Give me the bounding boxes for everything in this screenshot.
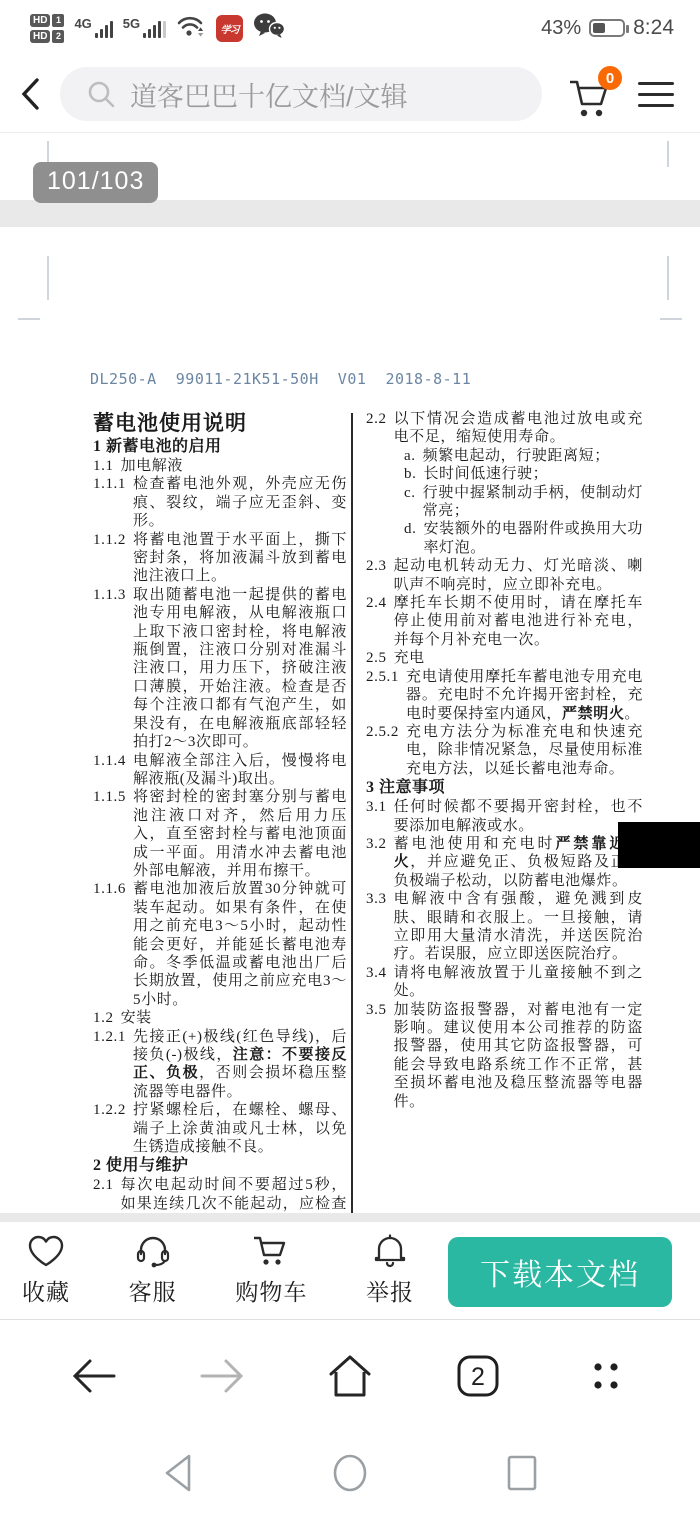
recents-square-icon — [504, 1452, 540, 1494]
headset-icon — [134, 1234, 172, 1268]
doc-section-heading: 3 注意事项 — [366, 778, 643, 798]
doc-item: 1.2.2拧紧螺栓后，在螺栓、螺母、端子上涂黄油或凡士林，以免生锈造成接触不良。 — [93, 1101, 347, 1156]
item-number: 3.4 — [366, 964, 387, 1001]
system-nav-bar — [0, 1430, 700, 1516]
browser-nav-bar: 2 — [0, 1321, 700, 1430]
item-number: 1.1 — [93, 457, 114, 475]
item-number: 3.5 — [366, 1001, 387, 1111]
doc-subitem: a.频繁电起动，行驶距离短； — [404, 447, 643, 465]
signal-5g-icon: 5G — [123, 18, 166, 38]
phone-screen: HD 1 HD 2 4G 5G — [0, 0, 700, 1516]
doc-item: 2.3起动电机转动无力、灯光暗淡、喇叭声不响亮时，应立即补充电。 — [366, 557, 643, 594]
doc-item: 1.2.1先接正(+)极线(红色导线)，后接负(-)极线，注意：不要接反正、负极… — [93, 1028, 347, 1102]
xuexi-app-icon: 学习 — [216, 15, 243, 42]
report-button[interactable]: 举报 — [366, 1234, 414, 1307]
doc-item: 2.5.2充电方法分为标准充电和快速充电，除非情况紧急，尽量使用标准充电方法，以… — [366, 723, 643, 778]
doc-item: 3.5加装防盗报警器，对蓄电池有一定影响。建议使用本公司推荐的防盗报警器，使用其… — [366, 1001, 643, 1111]
doc-item: 1.1.5将密封栓的密封塞分别与蓄电池注液口对齐，然后用力压入，直至密封栓与蓄电… — [93, 788, 347, 880]
signal-4g-icon: 4G — [74, 18, 112, 38]
system-home-button[interactable] — [320, 1443, 380, 1503]
doc-item: 1.1加电解液 — [93, 457, 347, 475]
cart-badge: 0 — [598, 66, 622, 90]
status-bar-right: 43% 8:24 — [541, 16, 674, 40]
search-input[interactable]: 道客巴巴十亿文档/文辑 — [60, 67, 542, 121]
item-number: 2.4 — [366, 594, 387, 649]
document-page: DL250-A 99011-21K51-50H V01 2018-8-11 蓄电… — [0, 228, 700, 1213]
doc-column-left: 蓄电池使用说明1 新蓄电池的启用1.1加电解液1.1.1检查蓄电池外观，外壳应无… — [93, 410, 347, 1220]
action-toolbar: 收藏 客服 购物车 — [0, 1222, 700, 1320]
item-number: 2.5.2 — [366, 723, 399, 778]
doc-item: 2.4摩托车长期不使用时，请在摩托车停止使用前对蓄电池进行补充电，并每个月补充电… — [366, 594, 643, 649]
clock: 8:24 — [633, 16, 674, 40]
item-number: 2.3 — [366, 557, 387, 594]
doc-subitem: b.长时间低速行驶； — [404, 465, 643, 483]
doc-item: 2.2以下情况会造成蓄电池过放电或充电不足，缩短使用寿命。 — [366, 410, 643, 447]
doc-section-heading: 1 新蓄电池的启用 — [93, 437, 347, 457]
volte-hd-indicators: HD 1 HD 2 — [30, 14, 64, 43]
system-back-button[interactable] — [148, 1443, 208, 1503]
item-number: 1.1.5 — [93, 788, 126, 880]
customer-service-button[interactable]: 客服 — [129, 1234, 177, 1307]
doc-header-line: DL250-A 99011-21K51-50H V01 2018-8-11 — [90, 370, 471, 388]
doc-item: 2.5充电 — [366, 649, 643, 667]
doc-subitem: c.行驶中握紧制动手柄，使制动灯常亮； — [404, 484, 643, 521]
doc-item: 1.1.6蓄电池加液后放置30分钟就可装车起动。如果有条件，在使用之前充电3～5… — [93, 880, 347, 1009]
download-document-button[interactable]: 下载本文档 — [448, 1237, 672, 1307]
battery-icon — [589, 19, 625, 37]
item-number: 1.1.6 — [93, 880, 126, 1009]
redaction-black-box — [618, 822, 700, 868]
favorite-button[interactable]: 收藏 — [22, 1234, 70, 1307]
chevron-left-icon — [18, 74, 42, 114]
search-icon — [86, 79, 116, 109]
home-icon — [325, 1353, 375, 1399]
status-bar-left: HD 1 HD 2 4G 5G — [30, 12, 285, 45]
battery-percent: 43% — [541, 17, 581, 40]
status-bar: HD 1 HD 2 4G 5G — [0, 0, 700, 56]
document-viewer: 101/103 DL250-A 99011-21K51-50H V01 2018… — [0, 133, 700, 1222]
tab-counter-icon: 2 — [454, 1352, 502, 1400]
doc-item: 2.5.1充电请使用摩托车蓄电池专用充电器。充电时不允许揭开密封栓，充电时要保持… — [366, 668, 643, 723]
wechat-icon — [253, 12, 285, 45]
page-bottom-separator — [0, 1213, 700, 1222]
item-number: 1.1.3 — [93, 586, 126, 752]
cart-button[interactable]: 0 — [566, 64, 620, 124]
doc-column-right: 2.2以下情况会造成蓄电池过放电或充电不足，缩短使用寿命。a.频繁电起动，行驶距… — [366, 410, 643, 1140]
doc-item: 3.2蓄电池使用和充电时严禁靠近明火，并应避免正、负极短路及正、负极端子松动，以… — [366, 835, 643, 890]
app-header: 道客巴巴十亿文档/文辑 0 — [0, 56, 700, 133]
doc-item: 1.1.3取出随蓄电池一起提供的蓄电池专用电解液，从电解液瓶口上取下液口密封栓，… — [93, 586, 347, 752]
item-number: 1.2 — [93, 1009, 114, 1027]
nav-home-button[interactable] — [315, 1341, 385, 1411]
item-number: c. — [404, 484, 416, 521]
doc-item: 3.3电解液中含有强酸，避免溅到皮肤、眼睛和衣服上。一旦接触，请立即用大量清水清… — [366, 890, 643, 964]
item-number: 1.2.2 — [93, 1101, 126, 1156]
item-number: 3.1 — [366, 798, 387, 835]
item-number: a. — [404, 447, 416, 465]
nav-forward-button[interactable] — [187, 1341, 257, 1411]
item-number: 3.3 — [366, 890, 387, 964]
doc-item: 1.2安装 — [93, 1009, 347, 1027]
bell-icon — [372, 1234, 408, 1268]
item-number: 1.1.2 — [93, 531, 126, 586]
doc-section-heading: 2 使用与维护 — [93, 1156, 347, 1176]
wifi-icon — [176, 14, 206, 43]
item-number: 2.5.1 — [366, 668, 399, 723]
more-dots-icon — [584, 1354, 628, 1398]
system-recents-button[interactable] — [492, 1443, 552, 1503]
item-number: 1.2.1 — [93, 1028, 126, 1102]
doc-item: 3.1任何时候都不要揭开密封栓，也不要添加电解液或水。 — [366, 798, 643, 835]
hamburger-icon — [638, 82, 674, 85]
nav-more-button[interactable] — [571, 1341, 641, 1411]
page-separator — [0, 200, 700, 227]
doc-item: 3.4请将电解液放置于儿童接触不到之处。 — [366, 964, 643, 1001]
nav-tabs-button[interactable]: 2 — [443, 1341, 513, 1411]
hd1-icon: HD — [30, 14, 50, 27]
arrow-left-icon — [70, 1353, 118, 1399]
item-number: 2.5 — [366, 649, 387, 667]
heart-icon — [27, 1234, 65, 1268]
cart-icon — [251, 1234, 291, 1268]
column-divider — [351, 413, 353, 1213]
doc-item: 1.1.2将蓄电池置于水平面上，撕下密封条，将加液漏斗放到蓄电池注液口上。 — [93, 531, 347, 586]
item-number: 3.2 — [366, 835, 387, 890]
back-button[interactable] — [0, 74, 60, 114]
search-placeholder: 道客巴巴十亿文档/文辑 — [130, 75, 408, 114]
item-number: b. — [404, 465, 416, 483]
hd2-icon: HD — [30, 30, 50, 43]
item-number: 1.1.4 — [93, 752, 126, 789]
arrow-right-icon — [198, 1353, 246, 1399]
back-triangle-icon — [161, 1452, 195, 1494]
home-circle-icon — [329, 1450, 371, 1496]
page-indicator-badge: 101/103 — [33, 162, 158, 203]
doc-title: 蓄电池使用说明 — [93, 410, 347, 437]
doc-item: 1.1.1检查蓄电池外观，外壳应无伤痕、裂纹，端子应无歪斜、变形。 — [93, 475, 347, 530]
menu-button[interactable] — [638, 82, 674, 107]
shopping-cart-button[interactable]: 购物车 — [235, 1234, 307, 1307]
doc-subitem: d.安装额外的电器附件或换用大功率灯泡。 — [404, 520, 643, 557]
item-number: 2.2 — [366, 410, 387, 447]
doc-item: 1.1.4电解液全部注入后，慢慢将电解液瓶(及漏斗)取出。 — [93, 752, 347, 789]
item-number: 1.1.1 — [93, 475, 126, 530]
item-number: d. — [404, 520, 416, 557]
tab-count-label: 2 — [471, 1363, 485, 1391]
nav-back-button[interactable] — [59, 1341, 129, 1411]
